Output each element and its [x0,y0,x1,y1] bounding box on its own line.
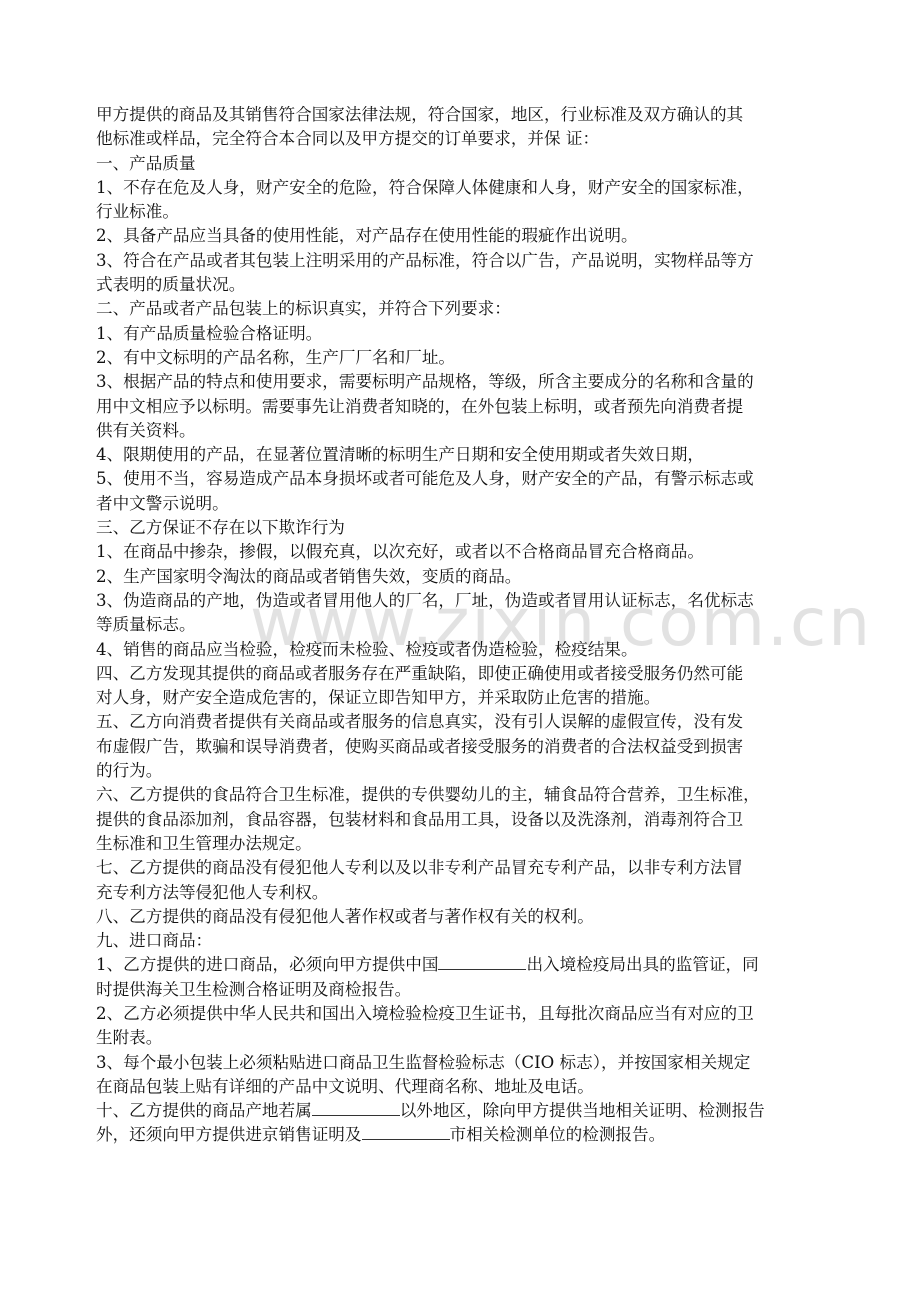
text-line: 1、在商品中掺杂，掺假，以假充真，以次充好，或者以不合格商品冒充合格商品。 [96,540,836,564]
text-line: 2、有中文标明的产品名称，生产厂厂名和厂址。 [96,346,836,370]
text-line: 1、有产品质量检验合格证明。 [96,322,836,346]
text-line: 式表明的质量状况。 [96,273,836,297]
text-line: 用中文相应予以标明。需要事先让消费者知晓的，在外包装上标明，或者预先向消费者提 [96,395,836,419]
section-heading: 三、乙方保证不存在以下欺诈行为 [96,516,836,540]
section-heading: 二、产品或者产品包装上的标识真实，并符合下列要求： [96,297,836,321]
text-line-with-blank: 外，还须向甲方提供进京销售证明及市相关检测单位的检测报告。 [96,1123,836,1147]
text-segment: 十、乙方提供的商品产地若属 [96,1101,312,1120]
section-heading: 九、进口商品： [96,929,836,953]
text-line: 生附表。 [96,1026,836,1050]
text-line-with-blank: 1、乙方提供的进口商品，必须向甲方提供中国出入境检疫局出具的监管证，同 [96,953,836,977]
text-line: 行业标准。 [96,200,836,224]
text-line: 者中文警示说明。 [96,492,836,516]
text-line: 充专利方法等侵犯他人专利权。 [96,881,836,905]
section-heading: 一、产品质量 [96,152,836,176]
fill-in-blank [438,953,526,970]
text-line: 他标准或样品，完全符合本合同以及甲方提交的订单要求，并保 证： [96,127,836,151]
text-line: 甲方提供的商品及其销售符合国家法律法规，符合国家，地区，行业标准及双方确认的其 [96,103,836,127]
text-line: 4、限期使用的产品，在显著位置清晰的标明生产日期和安全使用期或者失效日期， [96,443,836,467]
text-line: 3、符合在产品或者其包装上注明采用的产品标准，符合以广告，产品说明，实物样品等方 [96,249,836,273]
text-line-with-blank: 十、乙方提供的商品产地若属以外地区，除向甲方提供当地相关证明、检测报告 [96,1099,836,1123]
text-line: 2、生产国家明令淘汰的商品或者销售失效，变质的商品。 [96,565,836,589]
text-line: 时提供海关卫生检测合格证明及商检报告。 [96,978,836,1002]
section-heading: 六、乙方提供的食品符合卫生标准，提供的专供婴幼儿的主，辅食品符合营养，卫生标准， [96,783,836,807]
section-heading: 八、乙方提供的商品没有侵犯他人著作权或者与著作权有关的权利。 [96,905,836,929]
document-body: 甲方提供的商品及其销售符合国家法律法规，符合国家，地区，行业标准及双方确认的其 … [96,103,836,1148]
text-line: 在商品包装上贴有详细的产品中文说明、代理商名称、地址及电话。 [96,1075,836,1099]
text-line: 4、销售的商品应当检验，检疫而未检验、检疫或者伪造检验，检疫结果。 [96,638,836,662]
section-heading: 五、乙方向消费者提供有关商品或者服务的信息真实，没有引人误解的虚假宣传，没有发 [96,710,836,734]
text-line: 2、乙方必须提供中华人民共和国出入境检验检疫卫生证书，且每批次商品应当有对应的卫 [96,1002,836,1026]
text-line: 5、使用不当，容易造成产品本身损坏或者可能危及人身，财产安全的产品，有警示标志或 [96,467,836,491]
text-line: 等质量标志。 [96,613,836,637]
text-segment: 外，还须向甲方提供进京销售证明及 [96,1125,362,1144]
text-line: 布虚假广告，欺骗和误导消费者，使购买商品或者接受服务的消费者的合法权益受到损害 [96,735,836,759]
text-segment: 出入境检疫局出具的监管证，同 [526,955,758,974]
text-segment: 1、乙方提供的进口商品，必须向甲方提供中国 [96,955,438,974]
text-line: 提供的食品添加剂，食品容器，包装材料和食品用工具，设备以及洗涤剂，消毒剂符合卫 [96,808,836,832]
text-segment: 以外地区，除向甲方提供当地相关证明、检测报告 [400,1101,765,1120]
text-line: 3、伪造商品的产地，伪造或者冒用他人的厂名，厂址，伪造或者冒用认证标志，名优标志 [96,589,836,613]
text-line: 的行为。 [96,759,836,783]
text-line: 对人身，财产安全造成危害的，保证立即告知甲方，并采取防止危害的措施。 [96,686,836,710]
text-line: 生标准和卫生管理办法规定。 [96,832,836,856]
text-line: 3、每个最小包装上必须粘贴进口商品卫生监督检验标志（CIO 标志），并按国家相关… [96,1051,836,1075]
text-line: 供有关资料。 [96,419,836,443]
text-line: 3、根据产品的特点和使用要求，需要标明产品规格，等级，所含主要成分的名称和含量的 [96,370,836,394]
text-segment: 市相关检测单位的检测报告。 [450,1125,666,1144]
section-heading: 四、乙方发现其提供的商品或者服务存在严重缺陷，即使正确使用或者接受服务仍然可能 [96,662,836,686]
section-heading: 七、乙方提供的商品没有侵犯他人专利以及以非专利产品冒充专利产品，以非专利方法冒 [96,856,836,880]
text-line: 2、具备产品应当具备的使用性能，对产品存在使用性能的瑕疵作出说明。 [96,224,836,248]
fill-in-blank [312,1099,400,1116]
text-line: 1、不存在危及人身，财产安全的危险，符合保障人体健康和人身，财产安全的国家标准， [96,176,836,200]
fill-in-blank [362,1123,450,1140]
